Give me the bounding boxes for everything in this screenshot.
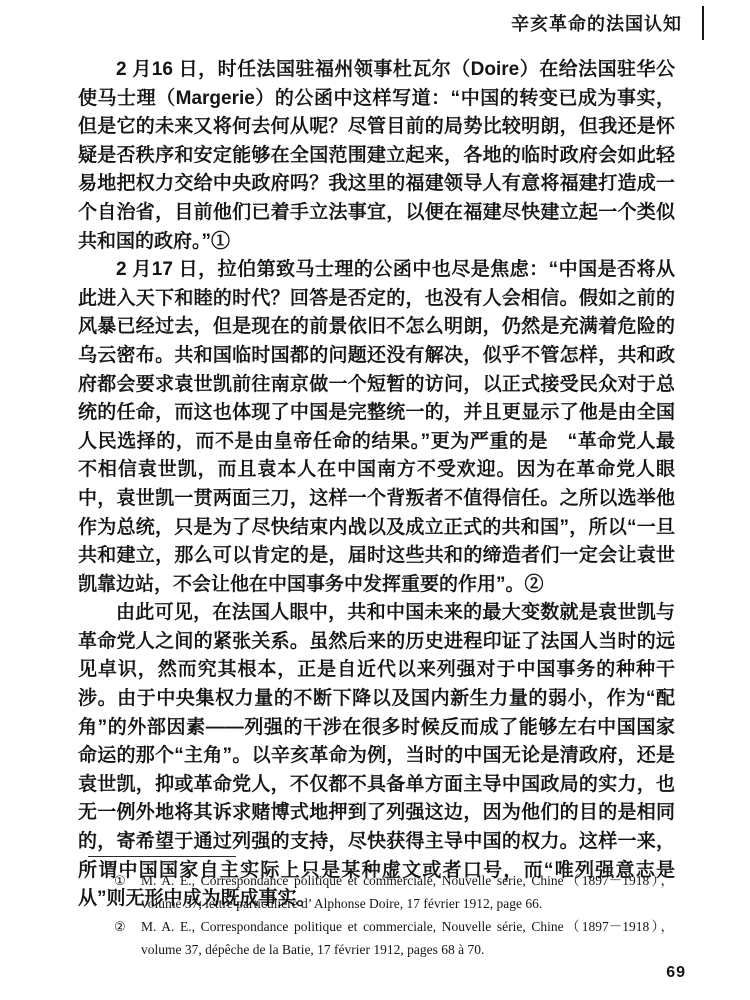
header-divider-bar (702, 6, 704, 40)
footnotes-section: ① M. A. E., Correspondance politique et … (114, 869, 674, 961)
page-number: 69 (666, 964, 686, 982)
footnote-marker-2: ② (114, 915, 132, 961)
footnote-item-2: ② M. A. E., Correspondance politique et … (114, 915, 674, 961)
footnote-item-1: ① M. A. E., Correspondance politique et … (114, 869, 674, 915)
paragraph-doire-letter: 2 月16 日，时任法国驻福州领事杜瓦尔（Doire）在给法国驻华公使马士理（M… (78, 56, 675, 256)
footnote-divider (88, 856, 236, 857)
footnote-marker-1: ① (114, 869, 132, 915)
book-page: 辛亥革命的法国认知 2 月16 日，时任法国驻福州领事杜瓦尔（Doire）在给法… (0, 0, 750, 1000)
footnote-text-1: M. A. E., Correspondance politique et co… (141, 869, 674, 915)
paragraph-analysis: 由此可见，在法国人眼中，共和中国未来的最大变数就是袁世凯与革命党人之间的紧张关系… (78, 599, 675, 914)
running-header-title: 辛亥革命的法国认知 (511, 10, 682, 36)
footnote-text-2: M. A. E., Correspondance politique et co… (141, 915, 674, 961)
paragraph-labatie-letter: 2 月17 日，拉伯第致马士理的公函中也尽是焦虑：“中国是否将从此进入天下和睦的… (78, 256, 675, 599)
page-body: 2 月16 日，时任法国驻福州领事杜瓦尔（Doire）在给法国驻华公使马士理（M… (78, 56, 675, 914)
running-header: 辛亥革命的法国认知 (511, 6, 704, 40)
